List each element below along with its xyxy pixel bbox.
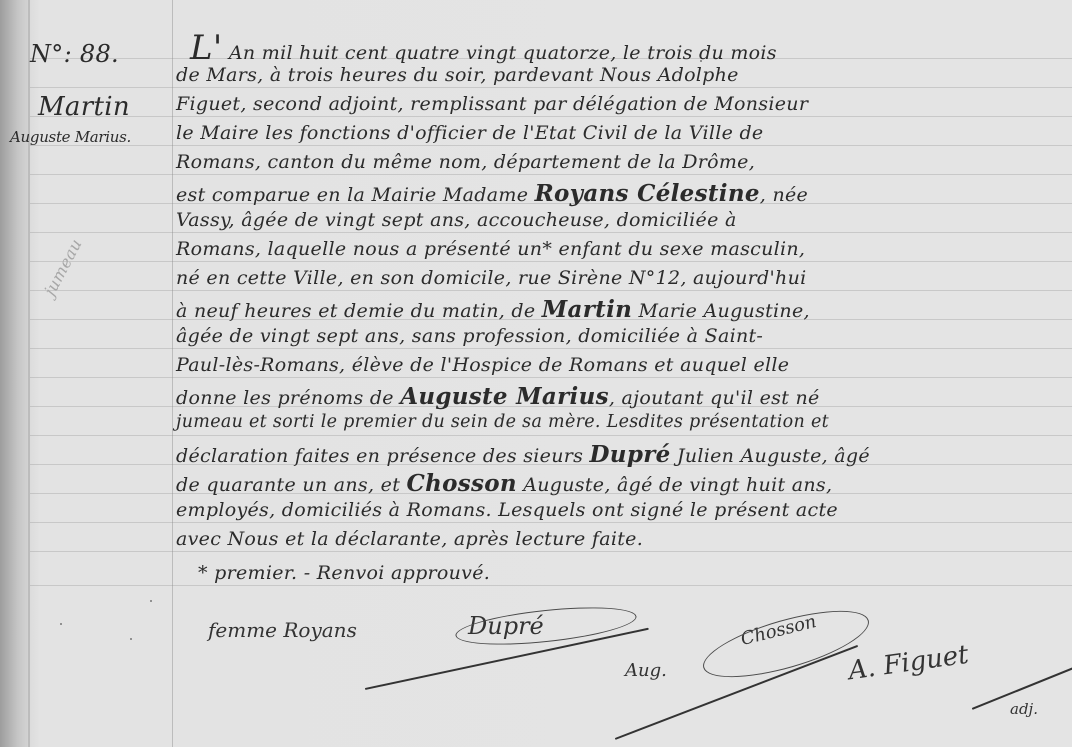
body-line-2: de Mars, à trois heures du soir, pardeva… [176, 64, 739, 86]
ruled-line [30, 551, 1072, 552]
body-line-6: est comparue en la Mairie Madame Royans … [176, 180, 808, 207]
body-line-12: Paul-lès-Romans, élève de l'Hospice de R… [176, 354, 789, 376]
paper-speck [130, 638, 132, 640]
child-given-names: Auguste Marius [400, 383, 609, 410]
body-line-10: à neuf heures et demie du matin, de Mart… [176, 296, 810, 323]
initial-letter: L' [190, 28, 223, 68]
register-page: N°: 88. Martin Auguste Marius. jumeau L'… [0, 0, 1072, 747]
signature-witness-2-prefix: Aug. [625, 660, 667, 681]
body-line-8: Romans, laquelle nous a présenté un* enf… [176, 238, 805, 260]
witness-2-surname: Chosson [406, 470, 516, 497]
ruled-line [30, 87, 1072, 88]
ruled-line [30, 290, 1072, 291]
ruled-line [30, 116, 1072, 117]
officer-title: adj. [1010, 700, 1038, 718]
signature-flourish [454, 601, 638, 652]
body-line-9: né en cette Ville, en son domicile, rue … [176, 267, 807, 289]
ruled-line [30, 261, 1072, 262]
body-line-18: avec Nous et la déclarante, après lectur… [176, 528, 643, 550]
ruled-line [30, 348, 1072, 349]
ruled-line [30, 174, 1072, 175]
paper-speck [60, 623, 62, 625]
signature-declarant: femme Royans [208, 618, 357, 642]
ruled-line [30, 522, 1072, 523]
entry-number: N°: 88. [30, 40, 119, 68]
body-line-15: déclaration faites en présence des sieur… [176, 441, 870, 468]
page-edge [28, 0, 30, 747]
ruled-line [30, 435, 1072, 436]
body-line-7: Vassy, âgée de vingt sept ans, accoucheu… [176, 209, 737, 231]
body-line-17: employés, domiciliés à Romans. Lesquels … [176, 499, 838, 521]
body-line-13: donne les prénoms de Auguste Marius, ajo… [176, 383, 820, 410]
ruled-line [30, 145, 1072, 146]
body-line-14: jumeau et sorti le premier du sein de sa… [176, 412, 829, 432]
ruled-line [30, 377, 1072, 378]
ruled-line [30, 585, 1072, 586]
margin-rule [172, 0, 173, 747]
body-line-3: Figuet, second adjoint, remplissant par … [176, 93, 808, 115]
body-line-11: âgée de vingt sept ans, sans profession,… [176, 325, 763, 347]
body-line-5: Romans, canton du même nom, département … [176, 151, 755, 173]
body-line-1: L' An mil huit cent quatre vingt quatorz… [190, 28, 777, 68]
margin-surname: Martin [38, 92, 130, 122]
birth-mother-surname: Martin [542, 296, 632, 323]
body-line-16: de quarante un ans, et Chosson Auguste, … [176, 470, 832, 497]
signature-officer: A. Figuet [847, 640, 971, 687]
marginal-approval-note: * premier. - Renvoi approuvé. [198, 562, 490, 584]
mother-name: Royans Célestine [535, 180, 760, 207]
binding-gutter [0, 0, 30, 747]
ruled-line [30, 232, 1072, 233]
paper-speck [150, 600, 152, 602]
witness-1-surname: Dupré [590, 441, 671, 468]
margin-given-names: Auguste Marius. [10, 128, 131, 146]
body-line-4: le Maire les fonctions d'officier de l'E… [176, 122, 763, 144]
